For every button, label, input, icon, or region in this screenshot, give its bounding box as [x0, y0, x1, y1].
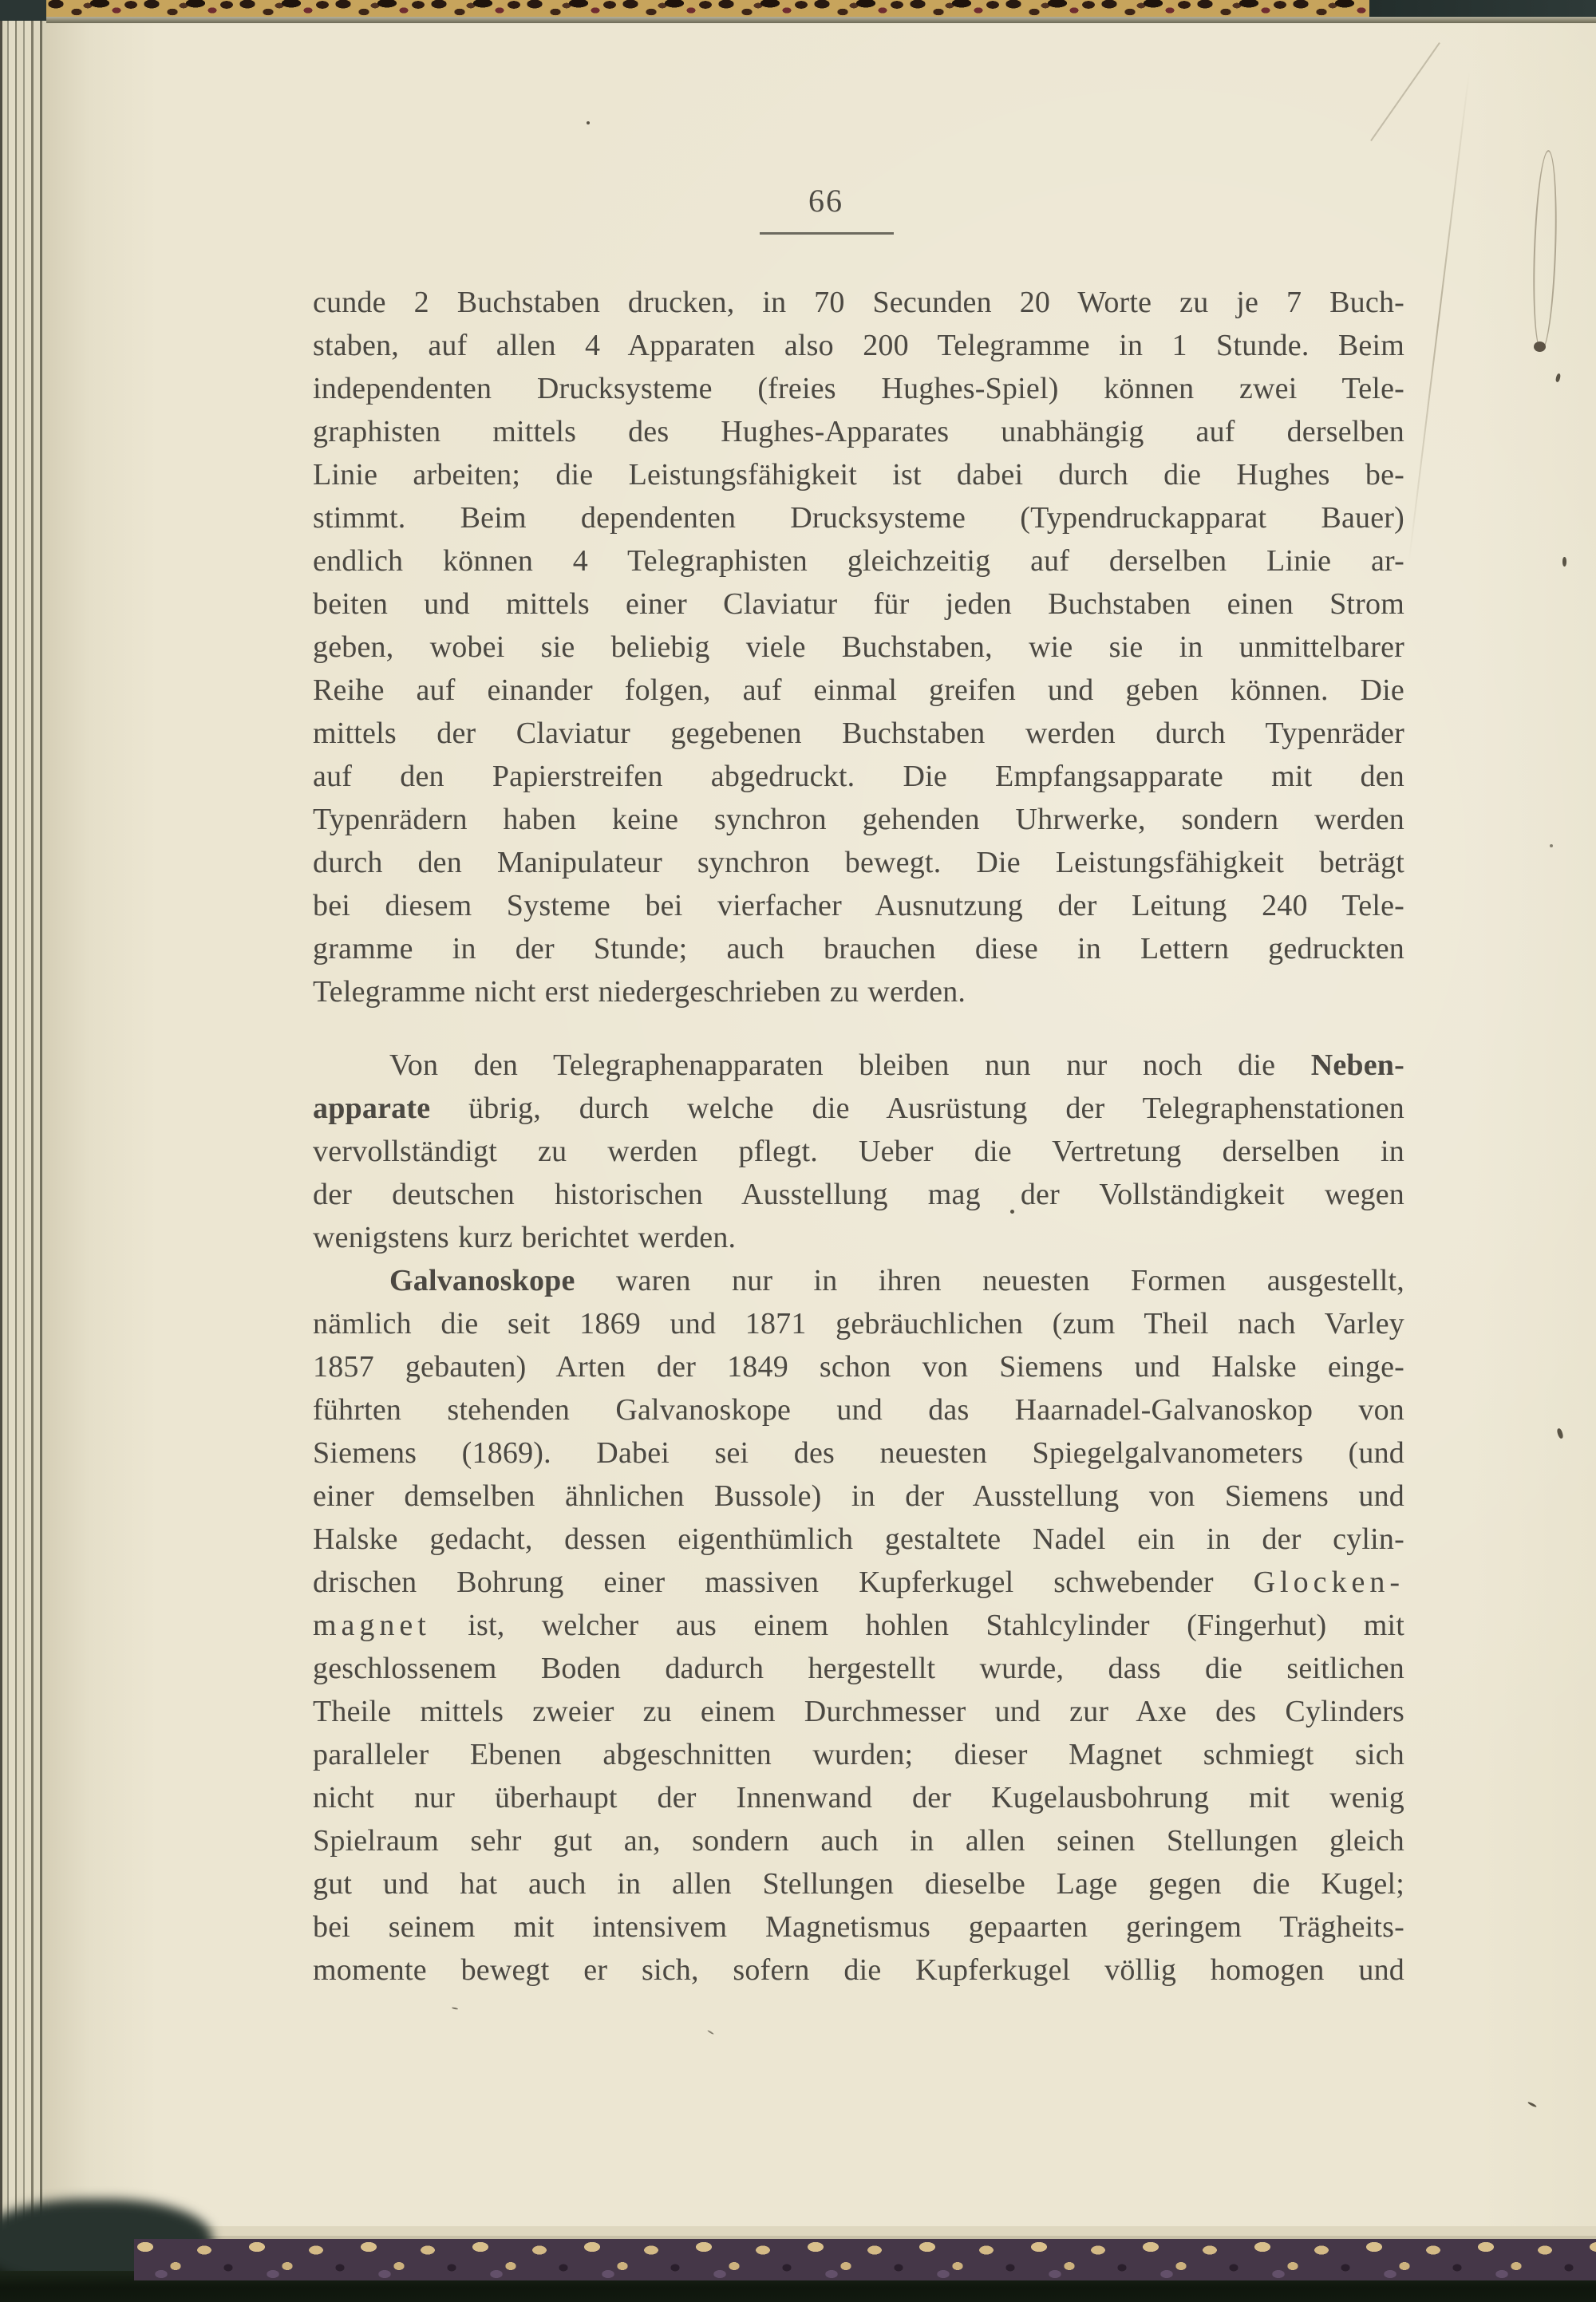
text-segment: ist, welcher aus einem hohlen Stahlcylin… — [431, 1609, 1404, 1642]
text-line: mittels der Claviatur gegebenen Buchstab… — [313, 712, 1404, 755]
text-line: 1857 gebauten) Arten der 1849 schon von … — [313, 1345, 1404, 1388]
text-line: endlich können 4 Telegraphisten gleichze… — [313, 539, 1404, 582]
text-line: der deutschen historischen Ausstellung m… — [313, 1173, 1404, 1216]
scan-artifact-speck — [1010, 1210, 1014, 1214]
book-page-scan: 66 cunde 2 Buchstaben drucken, in 70 Sec… — [0, 0, 1596, 2302]
text-block: cunde 2 Buchstaben drucken, in 70 Secund… — [313, 281, 1404, 1992]
top-page-edge-line — [46, 17, 1596, 23]
top-cloth-edge-right — [1369, 0, 1596, 17]
text-line: Halske gedacht, dessen eigenthümlich ges… — [313, 1518, 1404, 1561]
text-line: nicht nur überhaupt der Innenwand der Ku… — [313, 1776, 1404, 1819]
top-cloth-edge-left — [0, 0, 46, 21]
text-line: Telegramme nicht erst niedergeschrieben … — [313, 970, 1404, 1013]
text-line: auf den Papierstreifen abgedruckt. Die E… — [313, 755, 1404, 798]
text-line: Spielraum sehr gut an, sondern auch in a… — [313, 1819, 1404, 1862]
text-line: geschlossenem Boden dadurch hergestellt … — [313, 1647, 1404, 1690]
bold-text-segment: Neben- — [1311, 1048, 1404, 1082]
text-line: geben, wobei sie beliebig viele Buchstab… — [313, 626, 1404, 669]
letterspaced-text-segment: magnet — [313, 1609, 431, 1642]
text-line: Von den Telegraphenapparaten bleiben nun… — [313, 1044, 1404, 1087]
text-line: wenigstens kurz berichtet werden. — [313, 1216, 1404, 1259]
left-page-edges — [0, 18, 48, 2252]
text-segment: waren nur in ihren neuesten Formen ausge… — [575, 1264, 1404, 1297]
text-line: apparate übrig, durch welche die Ausrüst… — [313, 1087, 1404, 1130]
top-marbled-board-edge — [46, 0, 1371, 18]
text-segment: übrig, durch welche die Ausrüstung der T… — [430, 1092, 1404, 1125]
text-line: drischen Bohrung einer massiven Kupferku… — [313, 1561, 1404, 1604]
text-line: Galvanoskope waren nur in ihren neuesten… — [313, 1259, 1404, 1302]
text-line: paralleler Ebenen abgeschnitten wurden; … — [313, 1733, 1404, 1776]
text-line: nämlich die seit 1869 und 1871 gebräuchl… — [313, 1302, 1404, 1345]
text-segment: Von den Telegraphenapparaten bleiben nun… — [389, 1048, 1311, 1082]
page-number: 66 — [754, 182, 898, 219]
text-line: Reihe auf einander folgen, auf einmal gr… — [313, 669, 1404, 712]
text-line: Typenrädern haben keine synchron gehende… — [313, 798, 1404, 841]
text-line: graphisten mittels des Hughes-Apparates … — [313, 410, 1404, 453]
text-line: vervollständigt zu werden pflegt. Ueber … — [313, 1130, 1404, 1173]
text-segment: drischen Bohrung einer massiven Kupferku… — [313, 1566, 1254, 1599]
text-line: führten stehenden Galvanoskope und das H… — [313, 1388, 1404, 1431]
text-line: stimmt. Beim dependenten Drucksysteme (T… — [313, 496, 1404, 539]
text-line: staben, auf allen 4 Apparaten also 200 T… — [313, 324, 1404, 367]
text-line: durch den Manipulateur synchron bewegt. … — [313, 841, 1404, 884]
text-line: bei seinem mit intensivem Magnetismus ge… — [313, 1905, 1404, 1949]
bold-text-segment: apparate — [313, 1092, 430, 1125]
text-line: gut und hat auch in allen Stellungen die… — [313, 1862, 1404, 1905]
scan-artifact-speck — [1550, 844, 1553, 847]
bottom-marbled-board-edge — [134, 2239, 1596, 2280]
scan-artifact-speck — [1562, 557, 1566, 567]
text-line: gramme in der Stunde; auch brauchen dies… — [313, 927, 1404, 970]
text-line: cunde 2 Buchstaben drucken, in 70 Secund… — [313, 281, 1404, 324]
text-line: independenten Drucksysteme (freies Hughe… — [313, 367, 1404, 410]
text-line: Theile mittels zweier zu einem Durchmess… — [313, 1690, 1404, 1733]
bold-text-segment: Galvanoskope — [389, 1264, 575, 1297]
text-line: magnet ist, welcher aus einem hohlen Sta… — [313, 1604, 1404, 1647]
page-number-rule — [760, 232, 894, 235]
scan-artifact-speck — [587, 121, 590, 124]
letterspaced-text-segment: Glocken- — [1254, 1566, 1404, 1599]
text-line: Siemens (1869). Dabei sei des neuesten S… — [313, 1431, 1404, 1475]
text-line: beiten und mittels einer Claviatur für j… — [313, 582, 1404, 626]
text-line: momente bewegt er sich, sofern die Kupfe… — [313, 1949, 1404, 1992]
scan-artifact-ink-dot — [1534, 342, 1546, 352]
text-line: bei diesem Systeme bei vierfacher Ausnut… — [313, 884, 1404, 927]
text-line: einer demselben ähnlichen Bussole) in de… — [313, 1475, 1404, 1518]
text-line: Linie arbeiten; die Leistungsfähigkeit i… — [313, 453, 1404, 496]
